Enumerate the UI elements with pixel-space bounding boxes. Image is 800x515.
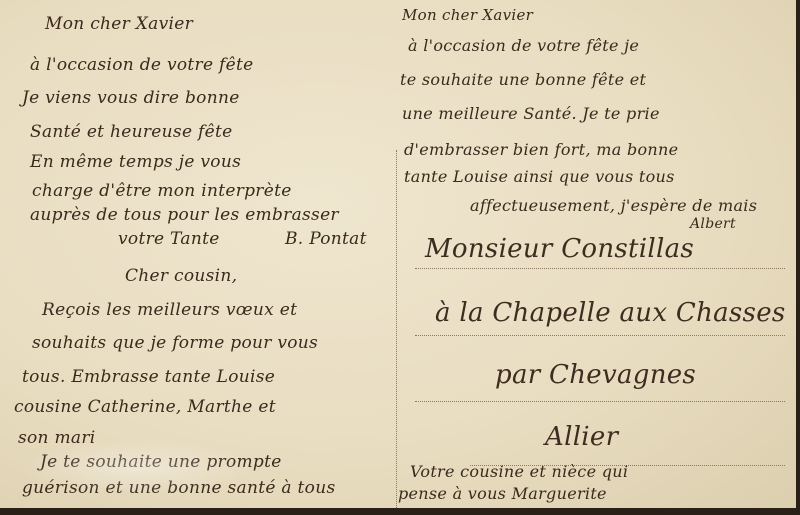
address-rule — [415, 268, 785, 269]
greeting-line: Mon cher Xavier — [402, 6, 533, 24]
message-line: affectueusement, j'espère de mais — [470, 196, 757, 215]
embossed-decoration — [20, 440, 250, 495]
message-line: Reçois les meilleurs vœux et — [42, 300, 297, 320]
message-line: tous. Embrasse tante Louise — [22, 367, 275, 387]
address-rule — [415, 335, 785, 336]
message-line: En même temps je vous — [30, 152, 241, 172]
message-line: te souhaite une bonne fête et — [400, 70, 646, 89]
message-line: souhaits que je forme pour vous — [32, 333, 318, 353]
message-line: à l'occasion de votre fête — [30, 55, 253, 75]
recipient-place: à la Chapelle aux Chasses — [435, 298, 786, 328]
message-line: à l'occasion de votre fête je — [408, 36, 639, 55]
address-rule — [415, 401, 785, 402]
message-line: charge d'être mon interprète — [32, 181, 292, 201]
message-line: Santé et heureuse fête — [30, 122, 232, 142]
message-line: d'embrasser bien fort, ma bonne — [404, 140, 678, 159]
message-line: auprès de tous pour les embrasser — [30, 205, 339, 225]
footer-line: Votre cousine et nièce qui — [410, 462, 628, 481]
message-line: une meilleure Santé. Je te prie — [402, 104, 660, 123]
signature-prefix: votre Tante — [118, 229, 220, 249]
greeting-line: Cher cousin, — [125, 266, 237, 286]
recipient-name: Monsieur Constillas — [425, 234, 694, 264]
signature: Albert — [690, 216, 736, 232]
recipient-department: Allier — [545, 422, 618, 452]
center-divider — [396, 150, 397, 510]
footer-line: pense à vous Marguerite — [398, 484, 607, 503]
message-line: cousine Catherine, Marthe et — [14, 397, 276, 417]
message-line: Je viens vous dire bonne — [22, 88, 240, 108]
signature: B. Pontat — [285, 229, 367, 249]
recipient-via: par Chevagnes — [495, 360, 696, 390]
postcard-back: Mon cher Xavier à l'occasion de votre fê… — [0, 0, 800, 515]
message-line: tante Louise ainsi que vous tous — [404, 167, 675, 186]
greeting-line: Mon cher Xavier — [45, 14, 193, 34]
